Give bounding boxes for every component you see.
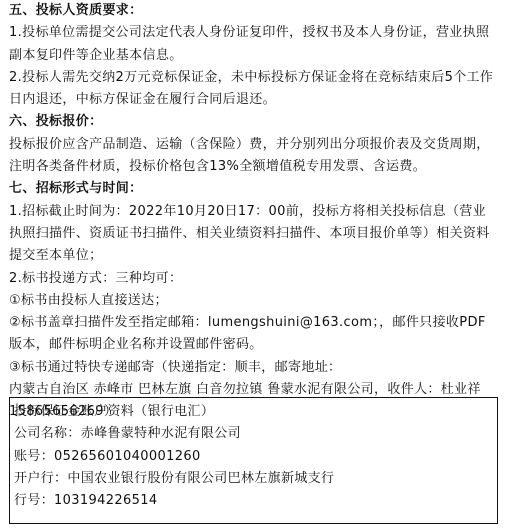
section-5-line-1: 1.投标单位需提交公司法定代表人身份证复印件，授权书及本人身份证，营业执照 [9, 22, 505, 44]
section-7-line-2: 执照扫描件、资质证书扫描件、相关业绩资料扫描件、本项目报价单等）相关资料 [9, 223, 505, 245]
section-7-line-7: 版本，邮件标明企业名称并设置邮件密码。 [9, 334, 505, 356]
section-5-line-4: 日内退还，中标方保证金在履行合同后退还。 [9, 89, 505, 111]
section-5-heading: 五、投标人资质要求： [9, 0, 505, 22]
document-body: 五、投标人资质要求： 1.投标单位需提交公司法定代表人身份证复印件，授权书及本人… [9, 0, 505, 424]
section-7-line-5: ①标书由投标人直接送达； [9, 290, 505, 312]
section-7-line-4: 2.标书投递方式：三种均可： [9, 268, 505, 290]
section-6-line-2: 注明各类备件材质，投标价格包含13%全额增值税专用发票、含运费。 [9, 156, 505, 178]
bank-code: 行号：103194226514 [14, 490, 497, 512]
section-5-line-3: 2.投标人需先交纳2万元竞标保证金，未中标投标方保证金将在竞标结束后5个工作 [9, 67, 505, 89]
section-7-line-6-email: ②标书盖章扫描件发至指定邮箱：lumengshuini@163.com；，邮件只… [9, 312, 505, 334]
section-7-heading: 七、招标形式与时间： [9, 178, 505, 200]
bank-company-name: 公司名称：赤峰鲁蒙特种水泥有限公司 [14, 423, 497, 445]
section-6-heading: 六、投标报价： [9, 111, 505, 133]
section-7-line-3: 提交至本单位； [9, 245, 505, 267]
section-7-line-8: ③标书通过特快专递邮寄（快递指定：顺丰，邮寄地址： [9, 357, 505, 379]
section-5-line-2: 副本复印件等企业基本信息。 [9, 45, 505, 67]
section-6-line-1: 投标报价应含产品制造、运输（含保险）费，并分别列出分项报价表及交货周期， [9, 134, 505, 156]
section-7-line-1: 1.招标截止时间为：2022年10月20日17：00前，投标方将相关投标信息（营… [9, 201, 505, 223]
bank-name: 开户行：中国农业银行股份有限公司巴林左旗新城支行 [14, 468, 497, 490]
bank-account-number: 账号：05265601040001260 [14, 446, 497, 468]
bank-box-title: 投标保证金账户资料（银行电汇） [14, 401, 497, 423]
bank-account-box: 投标保证金账户资料（银行电汇） 公司名称：赤峰鲁蒙特种水泥有限公司 账号：052… [9, 397, 498, 524]
